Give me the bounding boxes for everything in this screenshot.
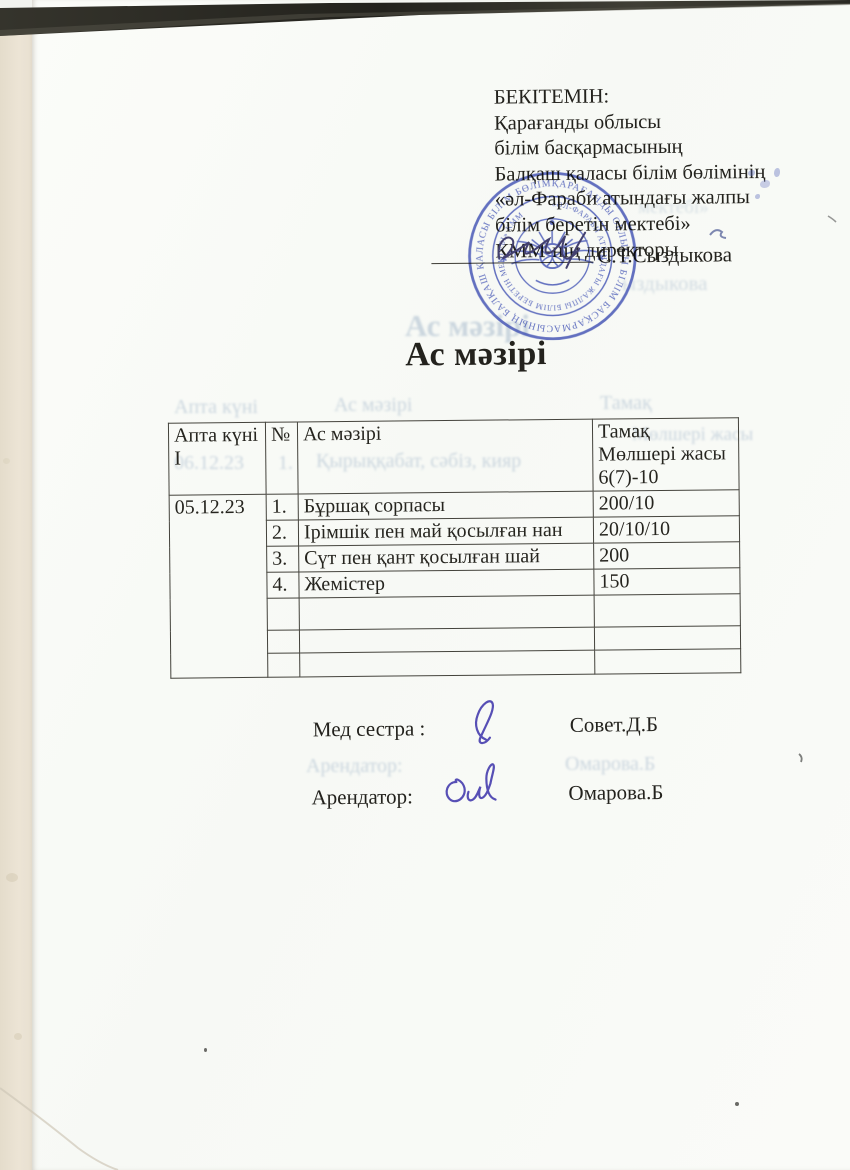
table-header-row: Апта күніI № Ас мәзірі ТамақМөлшері жасы… [168, 418, 739, 495]
col-amount: ТамақМөлшері жасы6(7)-10 [592, 418, 739, 491]
empty-cell [267, 598, 299, 630]
amount-cell: 20/10/10 [593, 516, 739, 543]
empty-cell [299, 627, 594, 653]
signature-med-sestra-ink [464, 693, 507, 747]
role-label-arendator: Арендатор: [311, 784, 413, 810]
row-number: 1. [266, 494, 298, 520]
signer-name-sovet: Совет.Д.Б [570, 712, 658, 738]
role-label-med-sestra: Мед сестра : [313, 716, 426, 742]
empty-cell [594, 594, 740, 627]
empty-cell [300, 650, 595, 677]
dish-cell: Сүт пен қант қосылған шай [299, 543, 594, 572]
col-menu: Ас мәзірі [297, 419, 593, 494]
director-signature-ink [493, 230, 603, 275]
dish-cell: Бұршақ сорпасы [298, 491, 593, 520]
row-number: 4. [267, 572, 299, 598]
date-cell: 05.12.23 [169, 494, 268, 678]
approval-line: Қарағанды облысы [494, 109, 765, 137]
empty-cell [299, 595, 594, 630]
scanner-top-edge [0, 0, 850, 42]
empty-cell [268, 653, 300, 677]
col-day: Апта күніI [168, 422, 266, 495]
dish-cell: Ірімшік пен май қосылған нан [298, 517, 593, 546]
empty-cell [594, 626, 740, 650]
row-number: 3. [267, 546, 299, 572]
document-content: БЕКІТЕМІН: Қарағанды облысы білім басқар… [0, 0, 850, 1170]
approval-line: БЕКІТЕМІН: [494, 83, 765, 111]
amount-cell: 200 [594, 542, 740, 569]
signer-name-omarova: Омарова.Б [568, 780, 663, 806]
amount-cell: 150 [594, 568, 740, 595]
menu-table: Апта күніI № Ас мәзірі ТамақМөлшері жасы… [168, 417, 741, 678]
dish-cell: Жемістер [299, 569, 594, 598]
signature-arendator-ink [441, 759, 511, 810]
empty-cell [595, 649, 741, 674]
row-number: 2. [266, 520, 298, 546]
amount-cell: 200/10 [593, 490, 739, 517]
approval-line: білім басқармасының [494, 134, 765, 162]
scanned-page: Ас мәзірі Апта күні Ас мәзірі Тамақ Мөлш… [0, 0, 850, 1170]
empty-cell [267, 630, 299, 653]
col-num: № [265, 422, 298, 494]
